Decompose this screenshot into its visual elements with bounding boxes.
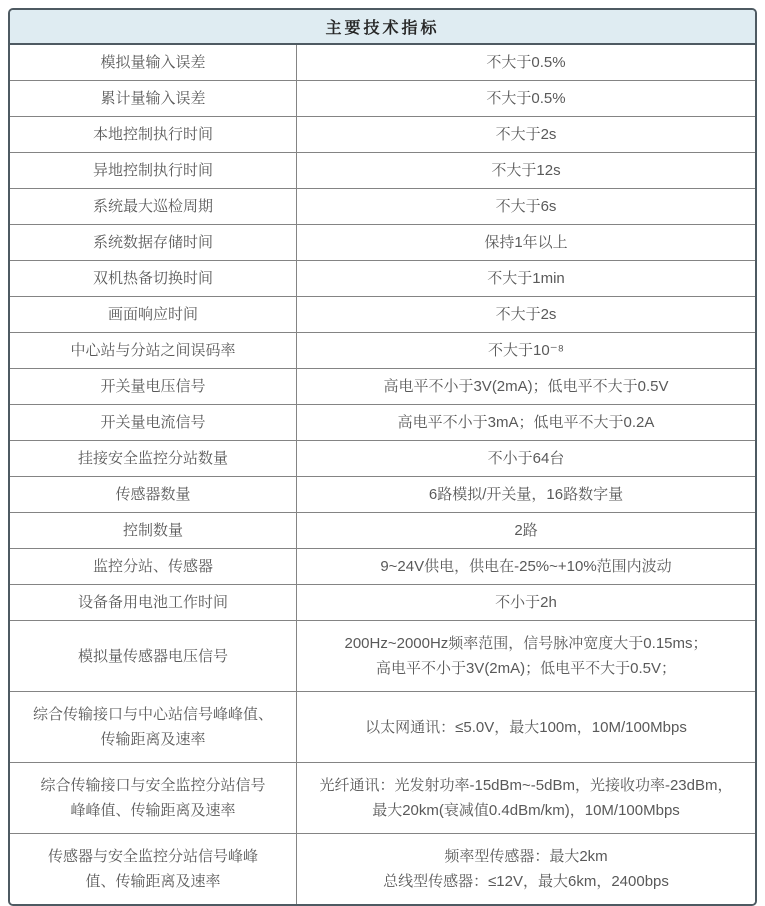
table-row: 综合传输接口与中心站信号峰峰值、 传输距离及速率 以太网通讯：≤5.0V，最大1… (10, 691, 755, 762)
spec-value: 2路 (297, 513, 755, 548)
spec-label: 系统最大巡检周期 (10, 189, 297, 224)
spec-value: 9~24V供电，供电在-25%~+10%范围内波动 (297, 549, 755, 584)
spec-value: 不大于0.5% (297, 81, 755, 116)
spec-label: 异地控制执行时间 (10, 153, 297, 188)
spec-value: 以太网通讯：≤5.0V，最大100m，10M/100Mbps (297, 692, 755, 762)
table-row: 监控分站、传感器 9~24V供电，供电在-25%~+10%范围内波动 (10, 548, 755, 584)
table-row: 异地控制执行时间 不大于12s (10, 152, 755, 188)
spec-value: 高电平不小于3V(2mA)；低电平不大于0.5V (297, 369, 755, 404)
spec-label: 中心站与分站之间误码率 (10, 333, 297, 368)
spec-label: 系统数据存储时间 (10, 225, 297, 260)
table-row: 挂接安全监控分站数量 不小于64台 (10, 440, 755, 476)
table-row: 设备备用电池工作时间 不小于2h (10, 584, 755, 620)
table-row: 开关量电压信号 高电平不小于3V(2mA)；低电平不大于0.5V (10, 368, 755, 404)
spec-label: 挂接安全监控分站数量 (10, 441, 297, 476)
spec-value: 不大于2s (297, 297, 755, 332)
spec-value: 不大于2s (297, 117, 755, 152)
spec-value: 不大于1min (297, 261, 755, 296)
table-row: 累计量输入误差 不大于0.5% (10, 80, 755, 116)
spec-label: 传感器数量 (10, 477, 297, 512)
table-row: 传感器数量 6路模拟/开关量，16路数字量 (10, 476, 755, 512)
spec-label: 综合传输接口与安全监控分站信号 峰峰值、传输距离及速率 (10, 763, 297, 833)
table-row: 控制数量 2路 (10, 512, 755, 548)
spec-value: 200Hz~2000Hz频率范围，信号脉冲宽度大于0.15ms； 高电平不小于3… (297, 621, 755, 691)
spec-value: 光纤通讯：光发射功率-15dBm~-5dBm，光接收功率-23dBm， 最大20… (297, 763, 755, 833)
spec-value: 高电平不小于3mA；低电平不大于0.2A (297, 405, 755, 440)
spec-table: 主要技术指标 模拟量输入误差 不大于0.5% 累计量输入误差 不大于0.5% 本… (8, 8, 757, 906)
table-row: 综合传输接口与安全监控分站信号 峰峰值、传输距离及速率 光纤通讯：光发射功率-1… (10, 762, 755, 833)
spec-label: 综合传输接口与中心站信号峰峰值、 传输距离及速率 (10, 692, 297, 762)
spec-label: 开关量电流信号 (10, 405, 297, 440)
spec-value: 6路模拟/开关量，16路数字量 (297, 477, 755, 512)
spec-label: 画面响应时间 (10, 297, 297, 332)
spec-label: 监控分站、传感器 (10, 549, 297, 584)
table-row: 系统数据存储时间 保持1年以上 (10, 224, 755, 260)
spec-label: 设备备用电池工作时间 (10, 585, 297, 620)
spec-value: 不大于0.5% (297, 45, 755, 80)
table-row: 传感器与安全监控分站信号峰峰 值、传输距离及速率 频率型传感器：最大2km 总线… (10, 833, 755, 904)
spec-value: 不大于12s (297, 153, 755, 188)
spec-label: 本地控制执行时间 (10, 117, 297, 152)
table-row: 模拟量传感器电压信号 200Hz~2000Hz频率范围，信号脉冲宽度大于0.15… (10, 620, 755, 691)
spec-label: 开关量电压信号 (10, 369, 297, 404)
spec-label: 控制数量 (10, 513, 297, 548)
table-row: 画面响应时间 不大于2s (10, 296, 755, 332)
table-title: 主要技术指标 (10, 10, 755, 45)
spec-value: 频率型传感器：最大2km 总线型传感器：≤12V，最大6km，2400bps (297, 834, 755, 904)
spec-label: 模拟量输入误差 (10, 45, 297, 80)
spec-label: 模拟量传感器电压信号 (10, 621, 297, 691)
spec-value: 不小于64台 (297, 441, 755, 476)
table-row: 模拟量输入误差 不大于0.5% (10, 45, 755, 80)
table-row: 双机热备切换时间 不大于1min (10, 260, 755, 296)
table-row: 中心站与分站之间误码率 不大于10⁻⁸ (10, 332, 755, 368)
spec-value: 不大于6s (297, 189, 755, 224)
spec-value: 不大于10⁻⁸ (297, 333, 755, 368)
spec-value: 保持1年以上 (297, 225, 755, 260)
table-row: 系统最大巡检周期 不大于6s (10, 188, 755, 224)
spec-label: 传感器与安全监控分站信号峰峰 值、传输距离及速率 (10, 834, 297, 904)
spec-value: 不小于2h (297, 585, 755, 620)
spec-label: 双机热备切换时间 (10, 261, 297, 296)
table-row: 本地控制执行时间 不大于2s (10, 116, 755, 152)
table-row: 开关量电流信号 高电平不小于3mA；低电平不大于0.2A (10, 404, 755, 440)
spec-label: 累计量输入误差 (10, 81, 297, 116)
